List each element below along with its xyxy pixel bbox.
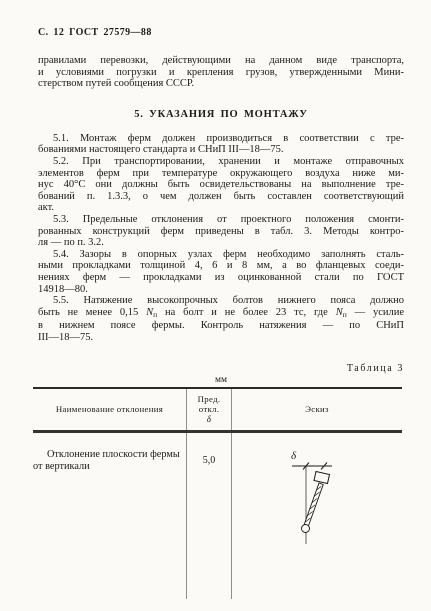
table-unit-label: мм [38, 375, 404, 385]
text-line: в нижнем поясе фермы. Контроль натяжения… [38, 320, 404, 332]
intro-paragraph: правилами перевозки, действующими на дан… [38, 55, 404, 90]
paragraph-5-3: 5.3. Предельные отклонения от проектного… [38, 214, 404, 249]
text-line: 5.1. Монтаж ферм должен производиться в … [38, 133, 404, 145]
deviation-name-cell: Отклонение плоскости фермы от вертикали [33, 433, 187, 599]
text-line: 5.3. Предельные отклонения от проектного… [38, 214, 404, 226]
text-line: бований п. 1.3.3, о чем должен быть сост… [38, 191, 404, 203]
table-row: Отклонение плоскости фермы от вертикали … [33, 433, 402, 599]
text-line: 5.5. Натяжение высокопрочных болтов нижн… [38, 295, 404, 307]
table-header-row: Наименование отклонения Пред. откл. δ Эс… [33, 389, 402, 433]
text-line: 14918—80. [38, 284, 404, 296]
section-heading: 5. УКАЗАНИЯ ПО МОНТАЖУ [38, 109, 404, 120]
text-line: стерством путей сообщения СССР. [38, 78, 404, 90]
formula-text: быть не менее 0,15 [38, 307, 146, 318]
text-line: элементов ферм при температуре окружающе… [38, 168, 404, 180]
text-line: ля — по п. 3.2. [38, 237, 404, 249]
deviation-value: 5,0 [187, 433, 232, 599]
text-line: бованиями настоящего стандарта и СНиП II… [38, 144, 404, 156]
page-content: С. 12 ГОСТ 27579—88 правилами перевозки,… [0, 0, 431, 599]
formula-text: на болт и не более 23 тс, где [157, 307, 336, 318]
document-page: С. 12 ГОСТ 27579—88 правилами перевозки,… [0, 0, 431, 611]
text-line: нениях ферм — прокладками из оцинкованно… [38, 272, 404, 284]
body-text: правилами перевозки, действующими на дан… [38, 55, 404, 343]
col-header-deviation-name: Наименование отклонения [33, 389, 187, 430]
text-line: ными прокладками толщиной 4, 6 и 8 мм, а… [38, 260, 404, 272]
sketch-cell: δ [232, 433, 402, 599]
page-header-label: С. 12 ГОСТ 27579—88 [38, 27, 404, 38]
truss-deviation-sketch: δ [285, 447, 349, 551]
text-line: Отклонение плоскости фермы [33, 449, 180, 461]
force-symbol: N [336, 307, 343, 318]
paragraph-5-1: 5.1. Монтаж ферм должен производиться в … [38, 133, 404, 156]
text-line: III—18—75. [38, 332, 404, 344]
text-line: и условиями погрузки и крепления грузов,… [38, 67, 404, 79]
text-line: правилами перевозки, действующими на дан… [38, 55, 404, 67]
text-line: нус 40°С они должны быть освидетельствов… [38, 179, 404, 191]
col-header-sketch: Эскиз [232, 389, 402, 430]
text-line: 5.4. Зазоры в опорных узлах ферм необход… [38, 249, 404, 261]
formula-text: — усилие [347, 307, 404, 318]
deviations-table: Наименование отклонения Пред. откл. δ Эс… [33, 387, 402, 599]
text-line: акт. [38, 202, 404, 214]
col-header-limit: Пред. откл. δ [187, 389, 232, 430]
paragraph-5-2: 5.2. При транспортировании, хранении и м… [38, 156, 404, 214]
paragraph-5-4: 5.4. Зазоры в опорных узлах ферм необход… [38, 249, 404, 295]
text-line: 5.2. При транспортировании, хранении и м… [38, 156, 404, 168]
text-line: от вертикали [33, 461, 180, 473]
paragraph-5-5: 5.5. Натяжение высокопрочных болтов нижн… [38, 295, 404, 343]
table-caption: Таблица 3 [38, 363, 404, 374]
delta-dimension-label: δ [291, 450, 297, 462]
delta-symbol: δ [207, 415, 211, 425]
text-line: рованных конструкций ферм приведены в та… [38, 226, 404, 238]
text-line-formula: быть не менее 0,15 Nп на болт и не более… [38, 307, 404, 321]
